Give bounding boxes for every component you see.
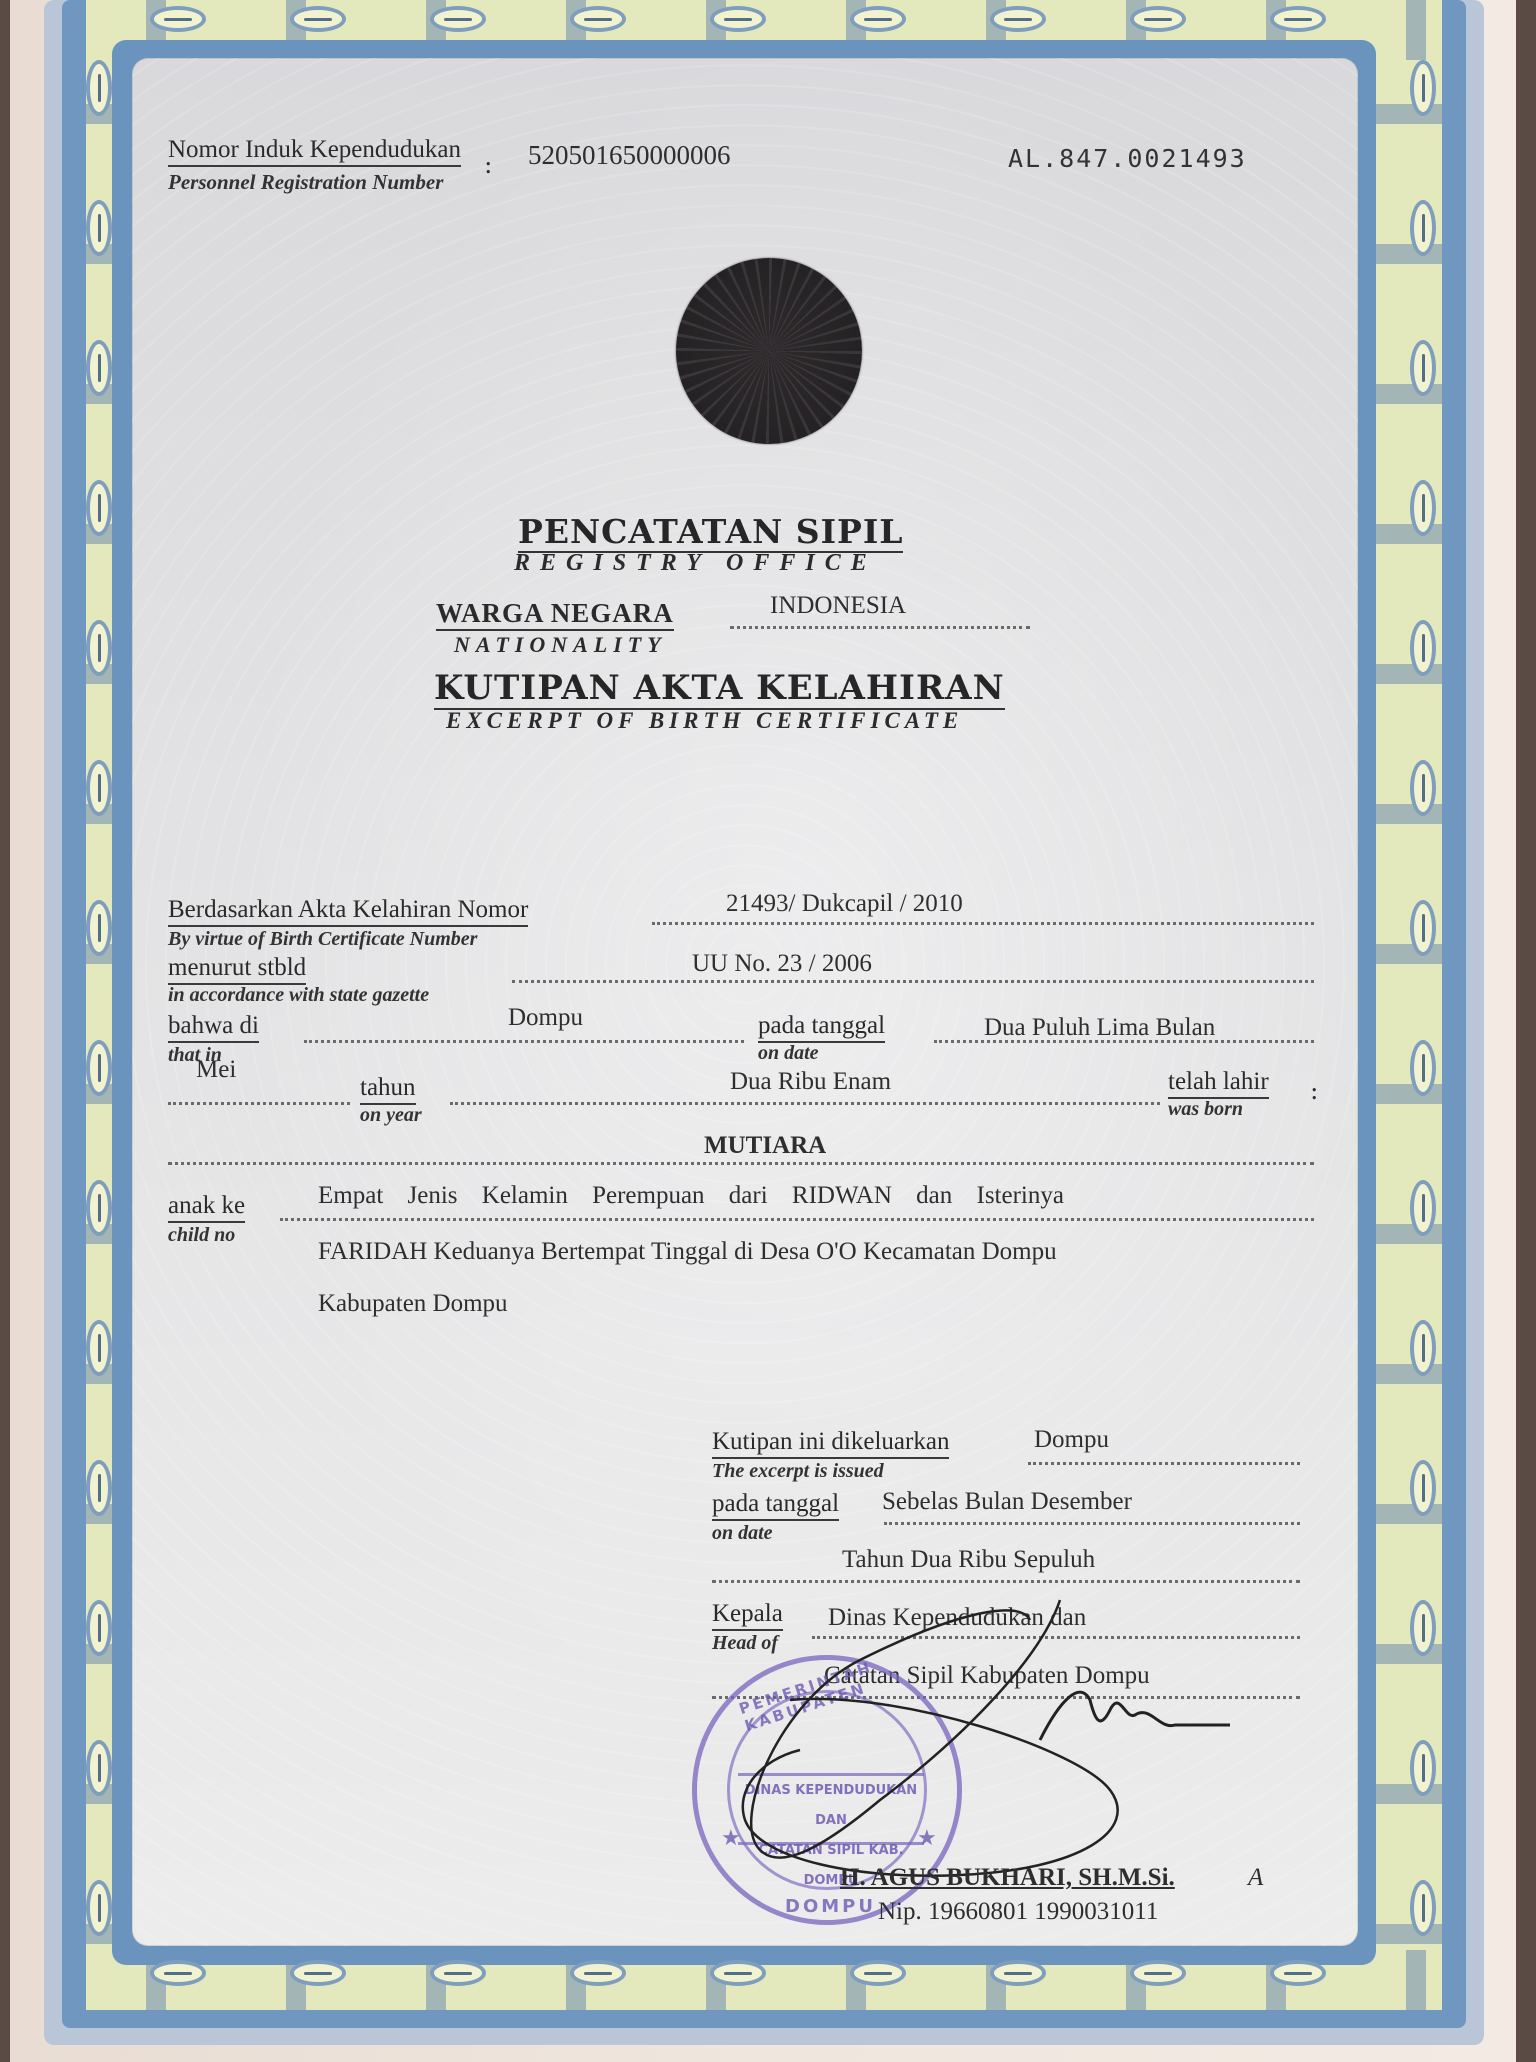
serial-number: AL.847.0021493 [1008, 144, 1247, 173]
border-ornament-icon [710, 6, 766, 32]
office-title: PENCATATAN SIPIL [518, 512, 903, 553]
date-label: pada tanggal [758, 1012, 885, 1043]
border-ornament-icon [1410, 1040, 1436, 1096]
official-name: H. AGUS BUKHARI, SH.M.Si. [840, 1864, 1175, 1892]
border-ornament-icon [86, 200, 112, 256]
stamp-star-icon: ★ [917, 1826, 937, 1851]
nationality-label: WARGA NEGARA [436, 598, 674, 631]
border-ornament-icon [86, 900, 112, 956]
nik-label: Nomor Induk Kependudukan [168, 136, 461, 167]
child-name-dotted-line [168, 1162, 1314, 1165]
nationality-value: INDONESIA [770, 592, 906, 620]
border-ornament-icon [1410, 200, 1436, 256]
date-dotted-line [934, 1040, 1314, 1043]
gazette-label-en: in accordance with state gazette [168, 984, 429, 1007]
issued-date-line-1: Sebelas Bulan Desember [882, 1488, 1132, 1516]
border-ornament-icon [1410, 620, 1436, 676]
gazette-label: menurut stbld [168, 954, 306, 985]
border-ornament-icon [86, 1180, 112, 1236]
stamp-band-line-1: DINAS KEPENDUDUKAN DAN [738, 1776, 924, 1836]
head-dotted-line-1 [812, 1636, 1300, 1639]
born-label: telah lahir [1168, 1068, 1269, 1099]
year-label: tahun [360, 1074, 416, 1105]
border-ornament-icon [86, 1880, 112, 1936]
border-ornament-icon [86, 1460, 112, 1516]
child-no-label-en: child no [168, 1224, 235, 1247]
nik-value: 520501650000006 [528, 140, 731, 171]
border-ornament-icon [430, 6, 486, 32]
border-ornament-icon [1410, 1320, 1436, 1376]
gazette-dotted-line [512, 980, 1314, 983]
border-ornament-icon [850, 6, 906, 32]
border-ornament-icon [430, 1960, 486, 1986]
child-details-dotted-line [280, 1218, 1314, 1221]
border-ornament-icon [1410, 760, 1436, 816]
border-ornament-icon [990, 6, 1046, 32]
issued-place: Dompu [1034, 1426, 1109, 1454]
year-dotted-line [450, 1102, 1160, 1105]
border-ornament-icon [86, 1320, 112, 1376]
child-details-line-3: Kabupaten Dompu [318, 1290, 508, 1318]
border-ornament-icon [850, 1960, 906, 1986]
border-ornament-icon [990, 1960, 1046, 1986]
place-value: Dompu [508, 1004, 583, 1032]
issued-date-line-2: Tahun Dua Ribu Sepuluh [842, 1546, 1095, 1574]
head-line-1: Dinas Kependudukan dan [828, 1604, 1086, 1632]
born-label-en: was born [1168, 1098, 1243, 1121]
issued-place-dotted-line [1028, 1462, 1300, 1465]
nik-colon: : [484, 150, 492, 179]
month-dotted-line [168, 1102, 350, 1105]
border-ornament-icon [86, 1600, 112, 1656]
cert-number-value: 21493/ Dukcapil / 2010 [726, 890, 963, 918]
office-title-en: REGISTRY OFFICE [514, 550, 877, 577]
border-ornament-icon [1270, 1960, 1326, 1986]
head-label: Kepala [712, 1600, 783, 1631]
border-ornament-icon [86, 760, 112, 816]
border-ornament-icon [86, 480, 112, 536]
border-ornament-icon [86, 60, 112, 116]
month-value: Mei [196, 1056, 236, 1084]
nik-label-en: Personnel Registration Number [168, 170, 443, 195]
initial-mark: A [1248, 1864, 1263, 1892]
border-ornament-icon [1130, 6, 1186, 32]
stamp-band: DINAS KEPENDUDUKAN DAN CATATAN SIPIL KAB… [738, 1773, 924, 1845]
document-title: KUTIPAN AKTA KELAHIRAN [434, 668, 1005, 710]
border-ornament-icon [86, 1740, 112, 1796]
year-value: Dua Ribu Enam [730, 1068, 891, 1096]
official-nip: Nip. 19660801 1990031011 [878, 1898, 1158, 1926]
cert-number-label: Berdasarkan Akta Kelahiran Nomor [168, 896, 528, 927]
place-label: bahwa di [168, 1012, 259, 1043]
stamp-star-icon: ★ [721, 1826, 741, 1851]
issued-label: Kutipan ini dikeluarkan [712, 1428, 949, 1459]
border-ornament-icon [1410, 60, 1436, 116]
border-ornament-icon [150, 1960, 206, 1986]
border-ornament-icon [290, 1960, 346, 1986]
year-label-en: on year [360, 1104, 422, 1127]
cert-number-dotted-line [652, 922, 1314, 925]
border-ornament-icon [1410, 480, 1436, 536]
border-ornament-icon [1410, 1880, 1436, 1936]
born-colon: : [1310, 1076, 1318, 1105]
issued-date-label: pada tanggal [712, 1490, 839, 1521]
child-details-line-1: Empat Jenis Kelamin Perempuan dari RIDWA… [318, 1182, 1064, 1210]
border-ornament-icon [710, 1960, 766, 1986]
border-ornament-icon [150, 6, 206, 32]
border-ornament-icon [290, 6, 346, 32]
border-ornament-icon [570, 1960, 626, 1986]
nationality-label-en: NATIONALITY [454, 632, 667, 658]
border-ornament-icon [1410, 1740, 1436, 1796]
border-ornament-icon [1410, 900, 1436, 956]
date-value: Dua Puluh Lima Bulan [984, 1014, 1215, 1042]
gazette-value: UU No. 23 / 2006 [692, 950, 872, 978]
cert-number-label-en: By virtue of Birth Certificate Number [168, 928, 477, 951]
child-name: MUTIARA [704, 1132, 826, 1160]
border-ornament-icon [1410, 340, 1436, 396]
date-label-en: on date [758, 1042, 819, 1065]
place-dotted-line [304, 1040, 744, 1043]
child-no-label: anak ke [168, 1192, 245, 1223]
border-ornament-icon [86, 1040, 112, 1096]
stamp-ring-text-bottom: DOMPU [785, 1896, 876, 1917]
border-ornament-icon [1270, 6, 1326, 32]
issued-label-en: The excerpt is issued [712, 1460, 884, 1483]
head-label-en: Head of [712, 1632, 778, 1655]
border-ornament-icon [86, 340, 112, 396]
document-title-en: EXCERPT OF BIRTH CERTIFICATE [446, 708, 963, 734]
border-ornament-icon [1410, 1600, 1436, 1656]
nationality-dotted-line [730, 626, 1030, 629]
border-ornament-icon [1130, 1960, 1186, 1986]
border-ornament-icon [1410, 1180, 1436, 1236]
child-details-line-2: FARIDAH Keduanya Bertempat Tinggal di De… [318, 1238, 1057, 1266]
issued-date-label-en: on date [712, 1522, 773, 1545]
issued-date-dotted-line-2 [712, 1580, 1300, 1583]
garuda-emblem-seal-icon [676, 258, 862, 444]
issued-date-dotted-line-1 [884, 1522, 1300, 1525]
border-ornament-icon [86, 620, 112, 676]
border-ornament-icon [1410, 1460, 1436, 1516]
border-ornament-icon [570, 6, 626, 32]
